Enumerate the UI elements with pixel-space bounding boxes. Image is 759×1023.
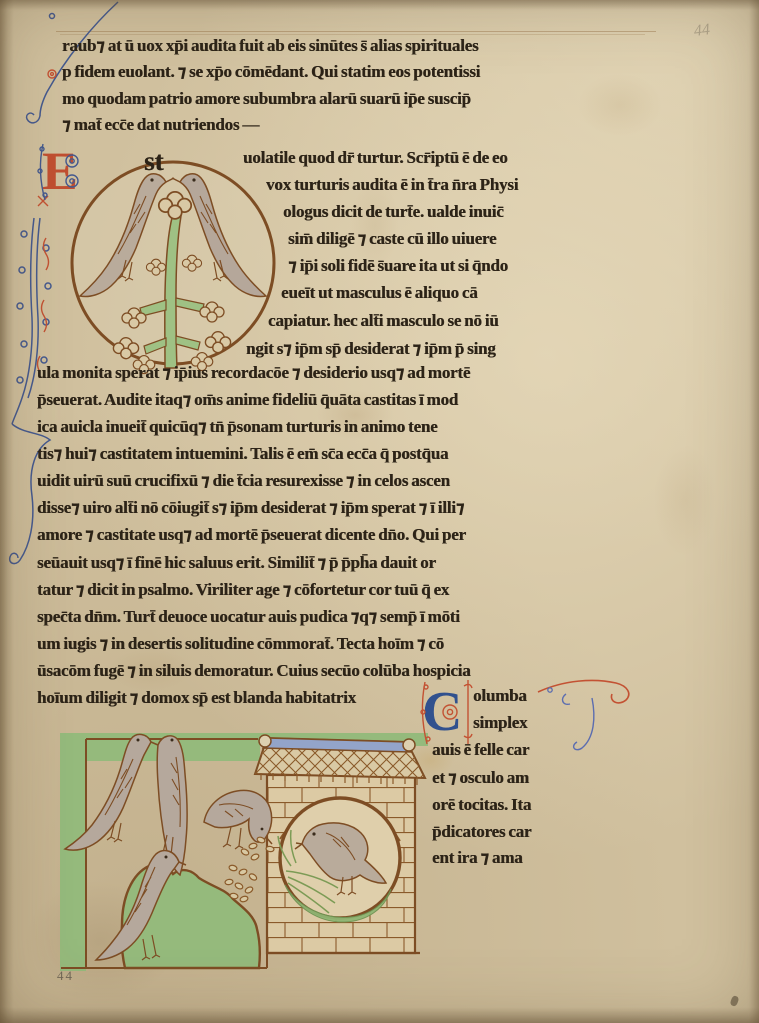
chapter-opening-letters: st: [144, 146, 164, 177]
latin-text-line: vox turturis audita ē in t̄ra n̄ra Physi: [266, 175, 518, 195]
page-edge-right: [749, 0, 759, 1023]
latin-text-line: mo quodam patrio amore subumbra alarū su…: [62, 89, 471, 109]
latin-text-line: ologus dicit de turt̄e. ualde inuic̄: [283, 202, 504, 222]
dovecote-scene-illustration: [55, 727, 440, 977]
latin-text-line: tis⁊ hui⁊ castitatem intuemini. Talis ē …: [37, 444, 448, 464]
latin-text-line: auis ē felle car: [432, 740, 529, 760]
parchment-stain: [640, 420, 730, 580]
latin-text-line: um iugis ⁊ in desertis solitudine cōmmor…: [37, 634, 444, 654]
latin-text-line: p̄dicatores car: [432, 822, 531, 842]
ink-speck: [730, 995, 740, 1007]
latin-text-line: eueīt ut masculus ē aliquo cā: [281, 283, 478, 303]
latin-text-line: uolatile quod dr̄ turtur. Scr̄iptū ē de …: [243, 148, 508, 168]
latin-text-line: hoīum diligit ⁊ domox sp̄ est blanda hab…: [37, 688, 356, 708]
turtledove-medallion-illustration: [66, 156, 280, 370]
manuscript-page: E: [0, 0, 759, 1023]
latin-text-line: p̄seuerat. Audite itaq⁊ om̄s anime fidel…: [37, 390, 458, 410]
latin-text-line: amore ⁊ castitate usq⁊ ad mortē p̄seuera…: [37, 525, 466, 545]
latin-text-line: capiatur. hec alt̄i masculo se nō iū: [268, 311, 499, 331]
latin-text-line: disse⁊ uiro alt̄i nō cōiugit̄ s⁊ ip̄m de…: [37, 498, 464, 518]
latin-text-line: orē tocitas. Ita: [432, 795, 531, 815]
right-margin-pen-flourish: [536, 670, 646, 765]
latin-text-line: uidit uirū suū crucifixū ⁊ die t̄cia res…: [37, 471, 450, 491]
latin-text-line: simplex: [473, 713, 527, 733]
latin-text-line: olumba: [473, 686, 527, 706]
latin-text-line: ⁊ ip̄i soli fidē s̄uare ita ut si q̄ndo: [288, 256, 508, 276]
latin-text-line: ula monita sperat ⁊ ip̄ius recordacōe ⁊ …: [37, 363, 470, 383]
latin-text-line: p fidem euolant. ⁊ se xp̄o cōmēdant. Qui…: [62, 62, 480, 82]
latin-text-line: et ⁊ osculo am: [432, 768, 529, 788]
latin-text-line: ent ira ⁊ ama: [432, 848, 522, 868]
latin-text-line: ⁊ mat̄ ecc̄e dat nutriendos —: [62, 115, 259, 135]
latin-text-line: ica auicla inueit̄ quicūq⁊ tn̄ p̄sonam t…: [37, 417, 437, 437]
parchment-stain: [560, 60, 680, 150]
latin-text-line: tatur ⁊ dicit in psalmo. Viriliter age ⁊…: [37, 580, 449, 600]
dovecote-tower: [267, 775, 420, 953]
latin-text-line: ūsacōm fugē ⁊ in siluis demoratur. Cuius…: [37, 661, 470, 681]
latin-text-line: ngit s⁊ ip̄m sp̄ desiderat ⁊ ip̄m p̄ sin…: [246, 339, 496, 359]
page-edge-bottom: [0, 1007, 759, 1023]
latin-text-line: raub⁊ at ū uox xp̄i audita fuit ab eis s…: [62, 36, 478, 56]
latin-text-line: spec̄ta dn̄m. Turt̄ deuoce uocatur auis …: [37, 607, 460, 627]
latin-text-line: seūauit usq⁊ ī finē hic saluus erit. Sim…: [37, 553, 436, 573]
folio-number-top-right: 44: [693, 21, 711, 41]
latin-text-line: sim̄ diligē ⁊ caste cū illo uiuere: [288, 229, 496, 249]
